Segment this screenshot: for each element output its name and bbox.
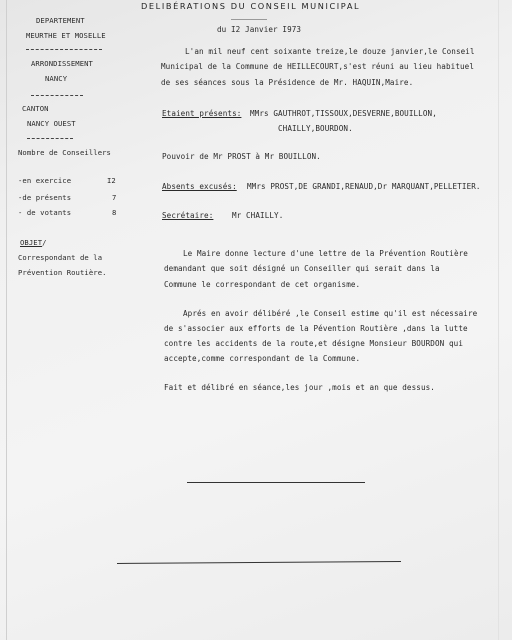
para2-line-1: Aprés en avoir délibéré ,le Conseil esti… bbox=[183, 309, 477, 318]
sidebar-separator bbox=[26, 49, 102, 50]
meeting-date: du I2 Janvier I973 bbox=[217, 25, 301, 34]
arrondissement-value: NANCY bbox=[45, 74, 67, 83]
arrondissement-label: ARRONDISSEMENT bbox=[31, 59, 93, 68]
canton-label: CANTON bbox=[22, 104, 49, 113]
closing-line: Fait et délibré en séance,les jour ,mois… bbox=[164, 383, 435, 392]
signature-line bbox=[187, 482, 365, 483]
count-label-exercice: -en exercice bbox=[18, 176, 71, 185]
title-separator bbox=[231, 19, 267, 20]
secretaire-value: Mr CHAILLY. bbox=[232, 211, 283, 220]
departement-value: MEURTHE ET MOSELLE bbox=[26, 31, 106, 40]
presents-label: Etaient présents: bbox=[162, 109, 241, 118]
para2-line-2: de s'associer aux efforts de la Péventio… bbox=[164, 324, 468, 333]
count-value-presents: 7 bbox=[112, 193, 116, 202]
para1-line-3: Commune le correspondant de cet organism… bbox=[164, 280, 360, 289]
secretaire-label: Secrétaire: bbox=[162, 211, 213, 220]
intro-line-2: Municipal de la Commune de HEILLECOURT,s… bbox=[161, 62, 474, 71]
count-value-votants: 8 bbox=[112, 208, 116, 217]
objet-line-1: Correspondant de la bbox=[18, 253, 102, 262]
sidebar-separator bbox=[27, 138, 73, 139]
absents-label: Absents excusés: bbox=[162, 182, 237, 191]
count-label-votants: - de votants bbox=[18, 208, 71, 217]
pouvoir-line: Pouvoir de Mr PROST à Mr BOUILLON. bbox=[162, 152, 321, 161]
sidebar-separator bbox=[31, 95, 83, 96]
intro-line-3: de ses séances sous la Présidence de Mr.… bbox=[161, 78, 413, 87]
page-edge-right bbox=[498, 0, 499, 640]
canton-value: NANCY OUEST bbox=[27, 119, 76, 128]
para2-line-3: contre les accidents de la route,et dési… bbox=[164, 339, 463, 348]
presents-line-2: CHAILLY,BOURDON. bbox=[278, 124, 353, 133]
intro-line-1: L'an mil neuf cent soixante treize,le do… bbox=[185, 47, 475, 56]
conseillers-heading: Nombre de Conseillers bbox=[18, 148, 111, 157]
presents-line-1: MMrs GAUTHROT,TISSOUX,DESVERNE,BOUILLON, bbox=[250, 109, 437, 118]
count-value-exercice: I2 bbox=[107, 176, 116, 185]
bottom-rule bbox=[117, 561, 401, 564]
objet-label: OBJET/ bbox=[20, 238, 47, 247]
document-title: DELIBÉRATIONS DU CONSEIL MUNICIPAL bbox=[141, 1, 360, 11]
objet-line-2: Prévention Routière. bbox=[18, 268, 107, 277]
absents-value: MMrs PROST,DE GRANDI,RENAUD,Dr MARQUANT,… bbox=[247, 182, 481, 191]
count-label-presents: -de présents bbox=[18, 193, 71, 202]
para1-line-2: demandant que soit désigné un Conseiller… bbox=[164, 264, 440, 273]
departement-label: DEPARTEMENT bbox=[36, 16, 85, 25]
para1-line-1: Le Maire donne lecture d'une lettre de l… bbox=[183, 249, 468, 258]
para2-line-4: accepte,comme correspondant de la Commun… bbox=[164, 354, 360, 363]
page-edge-left bbox=[6, 0, 7, 640]
